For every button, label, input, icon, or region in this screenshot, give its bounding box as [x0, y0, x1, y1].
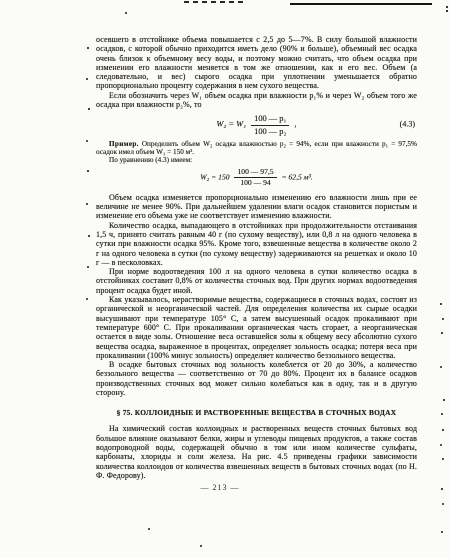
example-paragraph: Пример. Определить объем W₂ осадка влажн… — [96, 140, 417, 156]
paragraph-sludge-quantity: Количество осадка, выпадающего в отстойн… — [96, 221, 417, 267]
equation-trailer: , — [294, 120, 296, 129]
paragraph-notation: Если обозначить через W₁ объем осадка пр… — [96, 91, 417, 110]
paragraph-water-disposal-norm: При норме водоотведения 100 л на одного … — [96, 267, 417, 295]
paragraph-colloids: На химический состав коллоидных и раство… — [96, 424, 417, 480]
example-equation-lhs: W₂ = 150 — [200, 173, 229, 182]
section-heading: § 75. КОЛЛОИДНЫЕ И РАСТВОРЕННЫЕ ВЕЩЕСТВА… — [96, 408, 417, 417]
fraction-denominator: 100 — p₂ — [251, 126, 289, 136]
example-text: Определить объем W₂ осадка влажностью p₂… — [96, 140, 417, 156]
paragraph-ash-content: Как указывалось, нерастворимые вещества,… — [96, 295, 417, 360]
scan-artifact-dashes — [184, 1, 246, 3]
text-column: осевшего в отстойнике объема повышается … — [96, 35, 417, 480]
scanned-book-page: осевшего в отстойнике объема повышается … — [0, 0, 450, 558]
fraction-numerator: 100 — p₁ — [251, 114, 289, 125]
equation-number: (4.3) — [400, 121, 415, 130]
scan-speckles — [0, 0, 2, 2]
paragraph-volume-moisture-limit: Объем осадка изменяется пропорционально … — [96, 193, 417, 221]
equation-lhs: W₂ = W₁ — [216, 120, 246, 129]
page-number: — 213 — — [0, 483, 440, 492]
example-reference-line: По уравнению (4.3) имеем: — [96, 156, 417, 164]
paragraph-sludge-volume: осевшего в отстойнике объема повышается … — [96, 35, 417, 91]
scan-artifact-line — [290, 3, 432, 5]
example-equation-result: = 62,5 м³. — [281, 173, 312, 182]
equation-fraction: 100 — p₁100 — p₂ — [251, 114, 289, 135]
example-block: Пример. Определить объем W₂ осадка влажн… — [96, 140, 417, 188]
example-equation: W₂ = 150 100 — 97,5100 — 94 = 62,5 м³. — [96, 168, 417, 188]
paragraph-ash-percentage: В осадке бытовых сточных вод зольность к… — [96, 360, 417, 397]
example-fraction-denominator: 100 — 94 — [234, 178, 276, 187]
example-fraction-numerator: 100 — 97,5 — [234, 168, 276, 178]
equation-4-3: W₂ = W₁ 100 — p₁100 — p₂ , (4.3) — [96, 114, 417, 135]
example-label: Пример. — [109, 140, 139, 148]
example-equation-fraction: 100 — 97,5100 — 94 — [234, 168, 276, 188]
scan-artifact-dots — [446, 6, 448, 8]
